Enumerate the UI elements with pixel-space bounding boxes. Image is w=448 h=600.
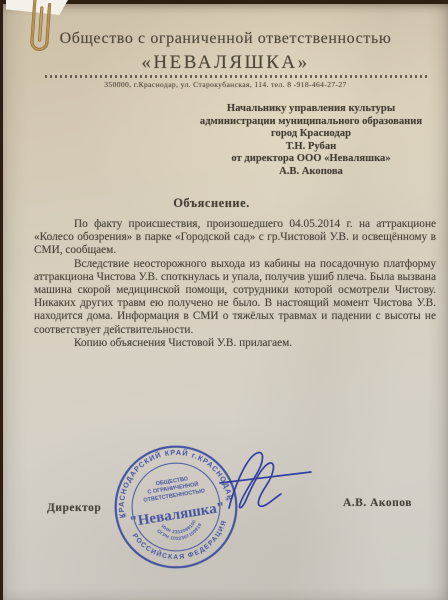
signer-name: А.В. Акопов: [343, 497, 412, 509]
dotted-divider: [45, 75, 427, 78]
recipient-line: А.В. Акопова: [183, 166, 439, 179]
recipient-line: город Краснодар: [183, 128, 439, 141]
stamp-separator-left: ✳: [122, 513, 128, 521]
recipient-line: администрации муниципального образования: [183, 116, 439, 129]
recipient-block: Начальнику управления культуры администр…: [183, 103, 439, 179]
photo-of-document: Общество с ограниченной ответственностью…: [0, 0, 448, 600]
document-page: Общество с ограниченной ответственностью…: [3, 4, 448, 600]
paragraph-3: Копию объяснения Чистовой У.В. прилагаем…: [34, 337, 436, 350]
paragraph-2: Вследствие неосторожного выхода из кабин…: [34, 258, 436, 337]
org-name-line: «НЕВАЛЯШКА»: [3, 52, 448, 74]
paperclip: [22, 0, 60, 57]
recipient-line: Т.Н. Рубан: [183, 141, 439, 154]
letterhead-address: 350000, г.Краснодар, ул. Старокубанская,…: [3, 80, 448, 89]
paragraph-1: По факту происшествия, произошедшего 04.…: [34, 218, 436, 258]
org-type-line: Общество с ограниченной ответственностью: [3, 30, 448, 48]
recipient-line: Начальнику управления культуры: [183, 103, 439, 116]
stamp-center-name: "Неваляшка": [128, 499, 226, 530]
letterhead: Общество с ограниченной ответственностью…: [3, 30, 448, 74]
handwritten-signature: [215, 442, 333, 520]
signer-position: Директор: [47, 502, 101, 514]
document-body: По факту происшествия, произошедшего 04.…: [34, 218, 436, 350]
recipient-line: от директора ООО «Неваляшка»: [183, 153, 439, 166]
document-title: Объяснение.: [0, 196, 434, 211]
